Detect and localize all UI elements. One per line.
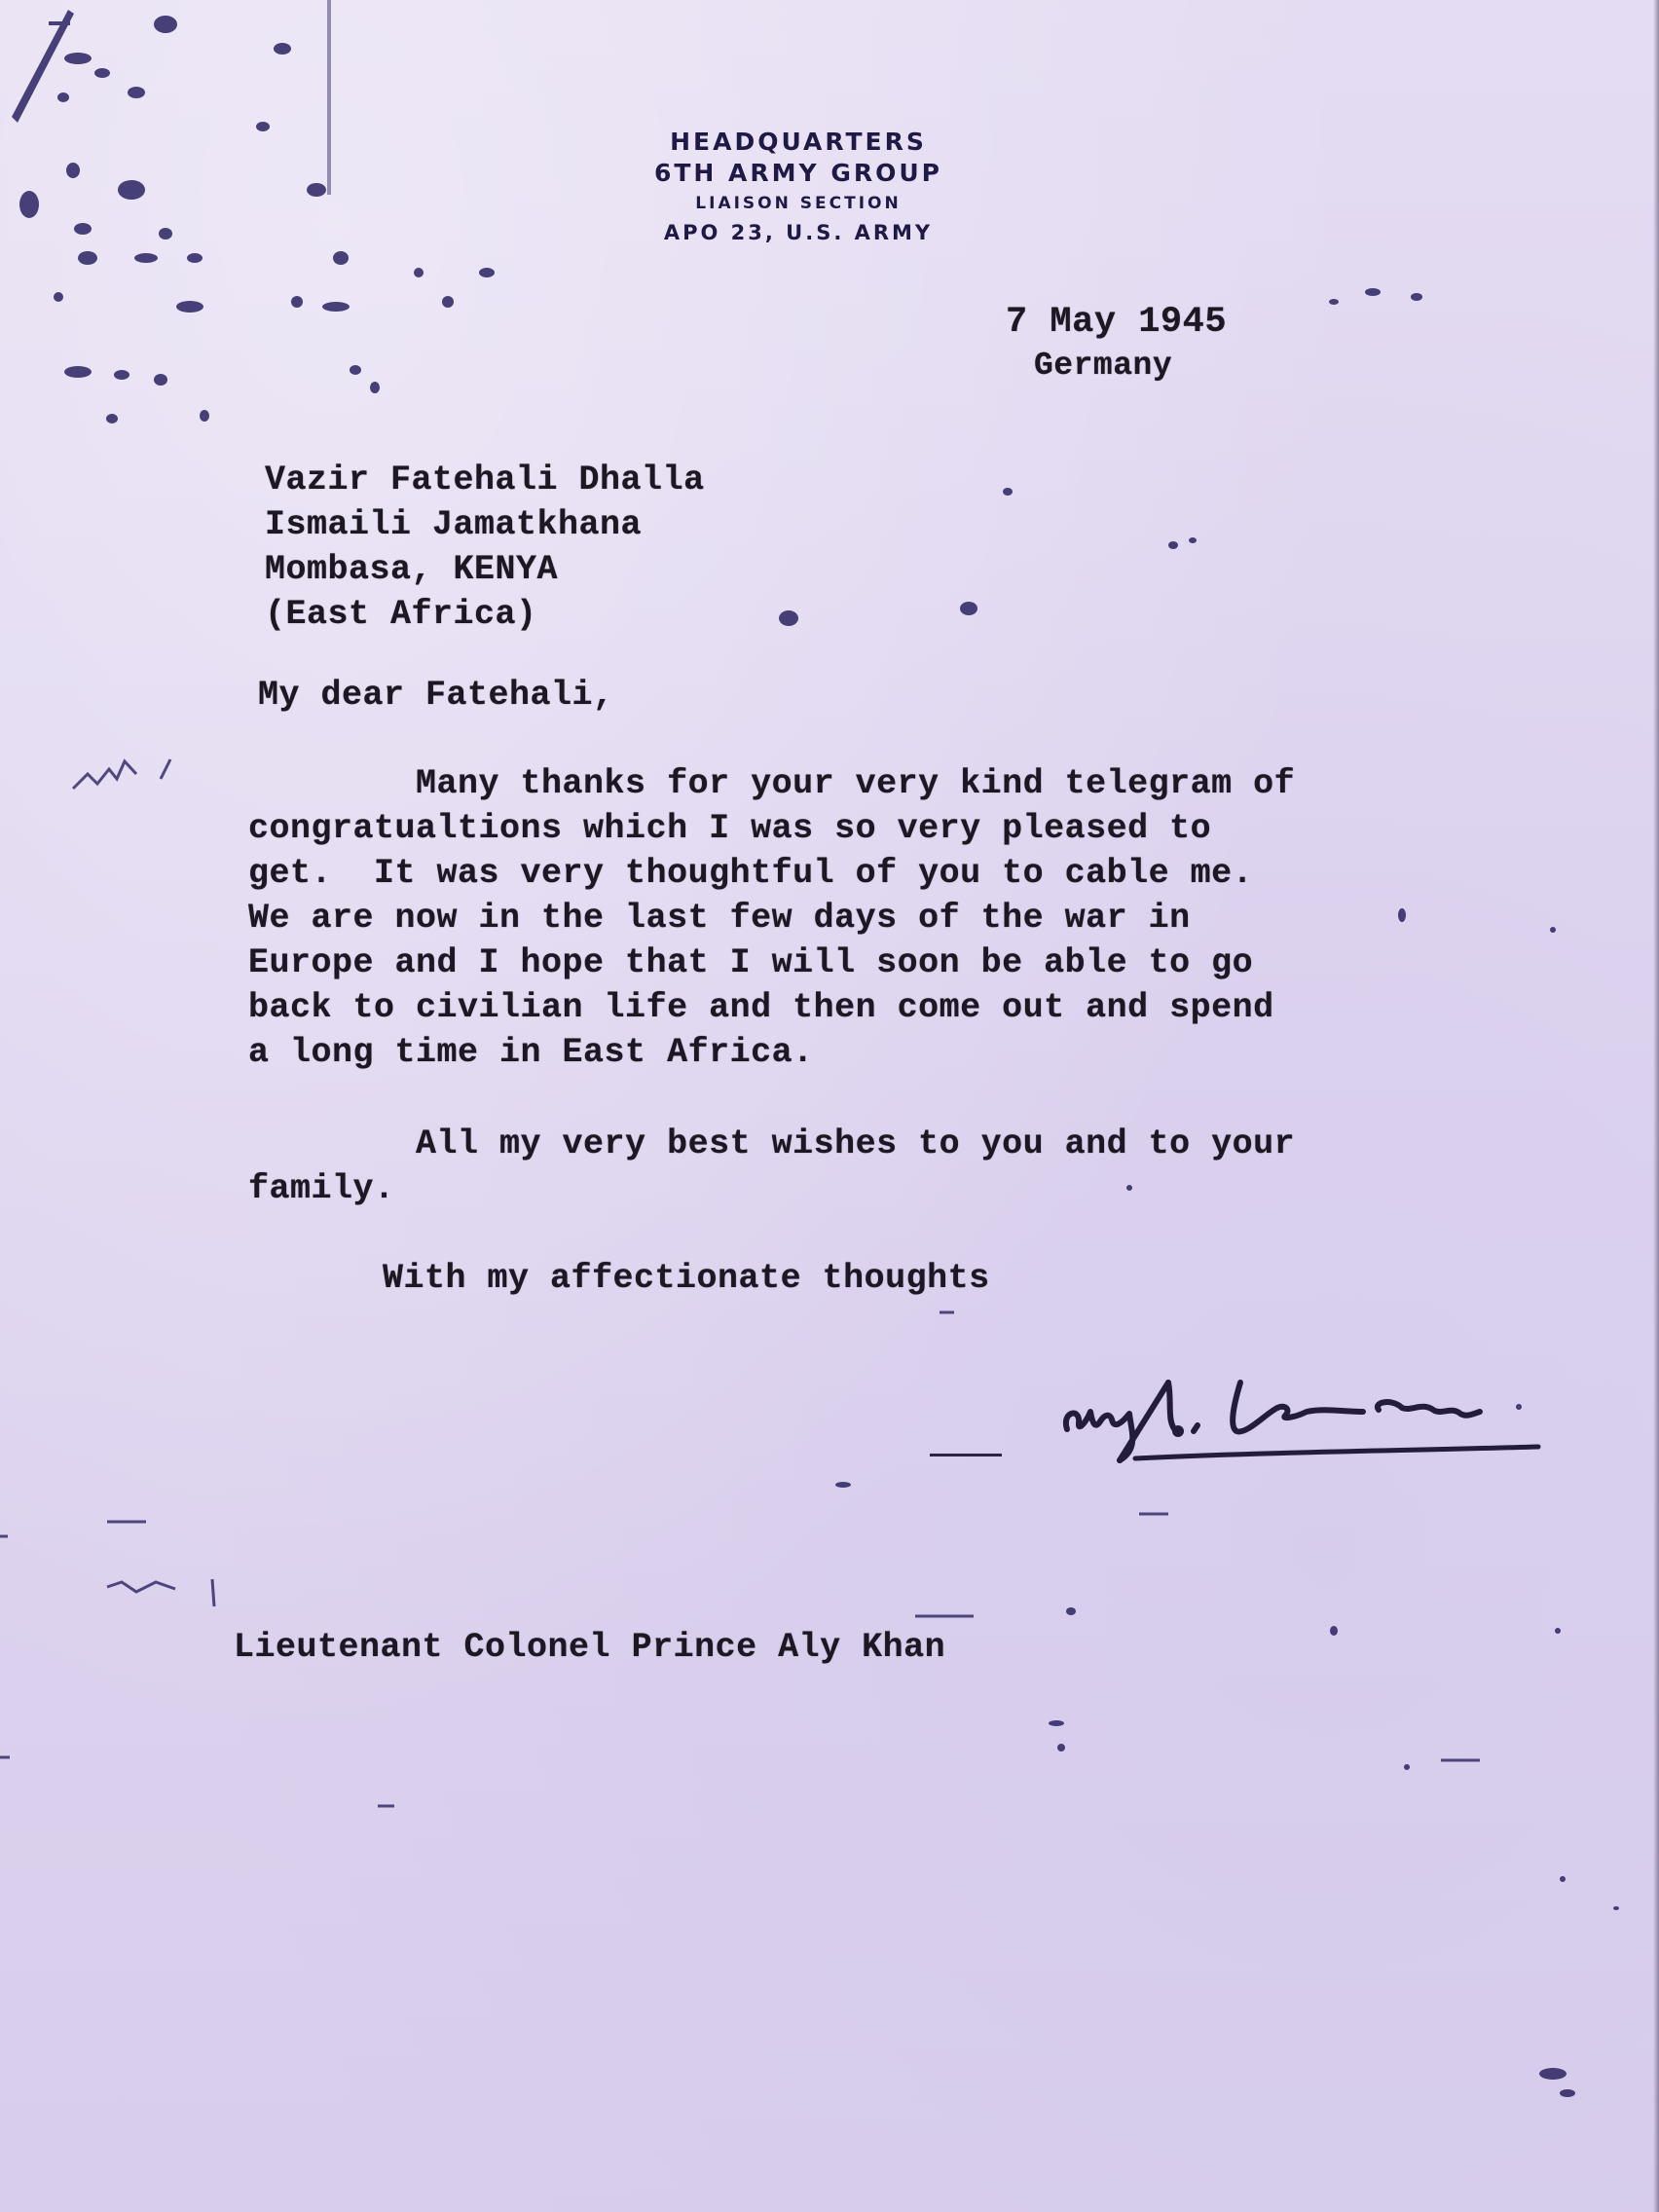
body-line: Many thanks for your very kind telegram … bbox=[248, 761, 1295, 806]
body-line: Europe and I hope that I will soon be ab… bbox=[248, 940, 1295, 985]
recipient-address: Vazir Fatehali Dhalla Ismaili Jamatkhana… bbox=[265, 458, 705, 637]
closing: With my affectionate thoughts bbox=[383, 1259, 990, 1298]
recipient-city: Mombasa, KENYA bbox=[265, 547, 705, 592]
letter-date: 7 May 1945 bbox=[1006, 302, 1227, 343]
letterhead-line-army-group: 6TH ARMY GROUP bbox=[584, 158, 1013, 189]
handwritten-signature bbox=[1051, 1363, 1597, 1470]
body-line: get. It was very thoughtful of you to ca… bbox=[248, 851, 1295, 896]
signatory-name: Lieutenant Colonel Prince Aly Khan bbox=[234, 1628, 945, 1667]
recipient-name: Vazir Fatehali Dhalla bbox=[265, 458, 705, 502]
letter-place: Germany bbox=[1034, 348, 1172, 384]
signature-dash bbox=[930, 1454, 1002, 1456]
body-line: family. bbox=[248, 1166, 1295, 1211]
body-line: congratualtions which I was so very plea… bbox=[248, 806, 1295, 851]
body-line: back to civilian life and then come out … bbox=[248, 985, 1295, 1030]
salutation: My dear Fatehali, bbox=[258, 676, 614, 715]
letterhead-line-headquarters: HEADQUARTERS bbox=[584, 127, 1013, 158]
recipient-region: (East Africa) bbox=[265, 592, 705, 637]
body-line: We are now in the last few days of the w… bbox=[248, 896, 1295, 940]
recipient-organization: Ismaili Jamatkhana bbox=[265, 502, 705, 547]
signature-icon bbox=[1051, 1363, 1597, 1470]
body-paragraph-1: Many thanks for your very kind telegram … bbox=[248, 761, 1295, 1075]
paper-speckle-decoration bbox=[0, 0, 1659, 2212]
letterhead-line-section: LIAISON SECTION bbox=[584, 189, 1013, 218]
body-paragraph-2: All my very best wishes to you and to yo… bbox=[248, 1122, 1295, 1211]
letter-page: HEADQUARTERS 6TH ARMY GROUP LIAISON SECT… bbox=[0, 0, 1659, 2212]
paper-edge-shadow bbox=[1653, 0, 1659, 2212]
letterhead-line-apo: APO 23, U.S. ARMY bbox=[584, 218, 1013, 247]
letterhead: HEADQUARTERS 6TH ARMY GROUP LIAISON SECT… bbox=[584, 127, 1013, 247]
body-line: All my very best wishes to you and to yo… bbox=[248, 1122, 1295, 1166]
body-line: a long time in East Africa. bbox=[248, 1030, 1295, 1075]
